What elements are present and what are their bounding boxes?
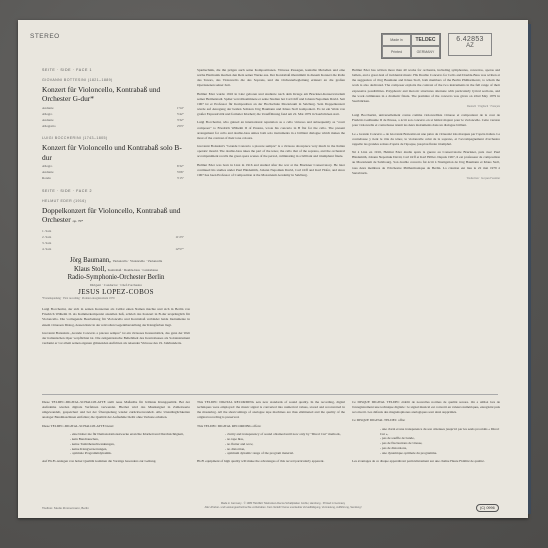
notes-paragraph: Giovanni Bottesinis „Grande Concerto a p… (42, 331, 190, 346)
legal-line-2: Alle Urheber- und Leistungsschutzrechte … (158, 506, 408, 510)
movement-name: 4. Satz (42, 247, 51, 253)
digital-heading: Ce DISQUE DIGITAL TELDEC offre: (352, 418, 500, 423)
section-divider (42, 394, 498, 395)
feature-item: - clarity and transparency of sound obta… (225, 432, 345, 437)
country-label: GERMANY (411, 46, 440, 58)
digital-blurb-fr: Ce DISQUE DIGITAL TELDEC établit de nouv… (352, 400, 500, 467)
movement-time: 2'03" (177, 124, 184, 130)
notes-paragraph: Luigi Boccherini, der sich in seinen Kon… (42, 307, 190, 328)
notes-paragraph: Helmut Eder was born in Linz in 1916 and… (197, 163, 345, 178)
work-composer: GIOVANNI BOTTESINI (1821–1889) (42, 78, 190, 82)
work-3: HELMUT EDER (1916) Doppelkonzert für Vio… (42, 199, 190, 252)
notes-signature: Deutsch · Englisch · Français (352, 105, 500, 108)
movement-time: 3'15" (177, 176, 184, 182)
work-title-text: Doppelkonzert für Violoncello, Kontrabaß… (42, 206, 180, 224)
orchestra: Radio-Symphonie-Orchester Berlin (42, 274, 190, 282)
movement-name: Rondo (42, 176, 51, 182)
record-sleeve-back: STEREO Made in TELDEC Printed GERMANY 6.… (18, 20, 528, 518)
cellist: Jörg Baumann, Violoncello · Violoncello … (42, 257, 190, 265)
notes-paragraph: Luigi Boccherini, universellement connu … (352, 113, 500, 128)
digital-outro: Les avantages de ce disque apparaîtront … (352, 459, 500, 464)
notes-paragraph: Spieltechnik, die ihn prägen auch seine … (197, 68, 345, 89)
movement-time: 11'23" (175, 235, 184, 241)
notes-paragraph: Giovanni Bottesini's "Grande Concerto a … (197, 144, 345, 159)
work-composer: HELMUT EDER (1916) (42, 199, 190, 203)
sleeve-edge (528, 24, 531, 514)
movement-time: 12'57" (175, 247, 184, 253)
translation-signature: Traduction · Jacques Fournier (352, 177, 500, 180)
column-tracklist: SEITE · SIDE · FACE 1 GIOVANNI BOTTESINI… (42, 68, 190, 349)
feature-item: - une clarté et une transparence du son … (380, 427, 500, 437)
catalog-suffix: AZ (449, 43, 491, 49)
notes-paragraph: Né à Linz en 1916, Helmut Eder étudia ap… (352, 150, 500, 176)
notes-paragraph: Helmut Eder wurde 1916 in Linz geboren u… (197, 92, 345, 118)
side-2-label: SEITE · SIDE · FACE 2 (42, 189, 190, 193)
label-code-logo: (C) 0996 (476, 504, 499, 512)
movement-name: Allegretto (42, 124, 56, 130)
digital-features: - clarity and transparency of sound obta… (225, 432, 345, 457)
feature-item: - optimale Programmdynamik. (70, 451, 190, 456)
legal-text: Made in Germany · © 1980 TELDEC Telefunk… (158, 502, 408, 510)
work-1: GIOVANNI BOTTESINI (1821–1889) Konzert f… (42, 78, 190, 129)
notes-paragraph: Luigi Boccherini, who gained an internat… (197, 120, 345, 141)
cellist-name: Jörg Baumann, (70, 257, 111, 264)
work-2: LUIGI BOCCHERINI (1743–1805) Konzert für… (42, 136, 190, 182)
column-notes-middle: Spieltechnik, die ihn prägen auch seine … (197, 68, 345, 181)
digital-blurb-en: This TELDEC DIGITAL RECORDING sets new s… (197, 400, 345, 467)
photo-credit: Titelfoto: Studio Zimmermann, Berlin (42, 506, 89, 510)
digital-features: - une clarté et une transparence du son … (380, 427, 500, 456)
notes-paragraph: Le « Grande Concerto » de Giovanni Botte… (352, 132, 500, 147)
brand-label: TELDEC (411, 34, 440, 46)
stereo-label: STEREO (30, 33, 60, 40)
digital-intro: This TELDEC DIGITAL RECORDING sets new s… (197, 400, 345, 421)
digital-intro: Diese TELDEC-DIGITAL-SCHALLPLATTE stellt… (42, 400, 190, 421)
feature-item: - eine bisher nie für Demonstrationszwec… (70, 432, 190, 437)
work-opus: op. 70* (73, 219, 84, 223)
cellist-role: Violoncello · Violoncello · Violoncelle (113, 259, 163, 263)
digital-heading: This TELDEC DIGITAL RECORDING offers: (197, 424, 345, 429)
digital-intro: Ce DISQUE DIGITAL TELDEC établit de nouv… (352, 400, 500, 415)
label-box: Made in TELDEC Printed GERMANY 6.42853 A… (381, 33, 492, 59)
digital-blurb-de: Diese TELDEC-DIGITAL-SCHALLPLATTE stellt… (42, 400, 190, 467)
feature-item: - une dynamique optimale du programme. (380, 451, 500, 456)
notes-paragraph: Helmut Eder has written more than 40 wor… (352, 68, 500, 104)
digital-outro: Auf Hi-Fi-Anlagen von hoher Qualität kom… (42, 459, 190, 464)
feature-item: - optimum dynamic range of the program m… (225, 451, 345, 456)
work-title: Konzert für Violoncello, Kontrabaß und O… (42, 85, 190, 104)
digital-features: - eine bisher nie für Demonstrationszwec… (70, 432, 190, 457)
work-title: Doppelkonzert für Violoncello, Kontrabaß… (42, 206, 190, 227)
label-grid: Made in TELDEC Printed GERMANY (381, 33, 441, 59)
column-notes-right: Helmut Eder has written more than 40 wor… (352, 68, 500, 185)
digital-heading: Diese TELDEC-DIGITAL-SCHALLPLATTE bietet… (42, 424, 190, 429)
printed-label: Printed (382, 46, 411, 58)
made-in-label: Made in (382, 34, 411, 46)
work-title: Konzert für Violoncello und Kontrabaß so… (42, 143, 190, 162)
recording-note: *Ersteinspielung · First recording · Pre… (42, 297, 190, 300)
bassist: Klaus Stoll, Kontrabaß · Double-bass · C… (42, 266, 190, 274)
side-1-label: SEITE · SIDE · FACE 1 (42, 68, 190, 72)
catalog-number: 6.42853 (449, 36, 491, 43)
movement: 4. Satz12'57" (42, 247, 184, 253)
bassist-name: Klaus Stoll, (74, 266, 106, 273)
bassist-role: Kontrabaß · Double-bass · Contrebasse (108, 268, 158, 272)
conductor: JESUS LOPEZ-COBOS (42, 288, 190, 296)
work-composer: LUIGI BOCCHERINI (1743–1805) (42, 136, 190, 140)
digital-outro: Hi-Fi equipment of high quality will mak… (197, 459, 345, 464)
catalog-number-box: 6.42853 AZ (448, 33, 492, 56)
performers: Jörg Baumann, Violoncello · Violoncello … (42, 257, 190, 296)
